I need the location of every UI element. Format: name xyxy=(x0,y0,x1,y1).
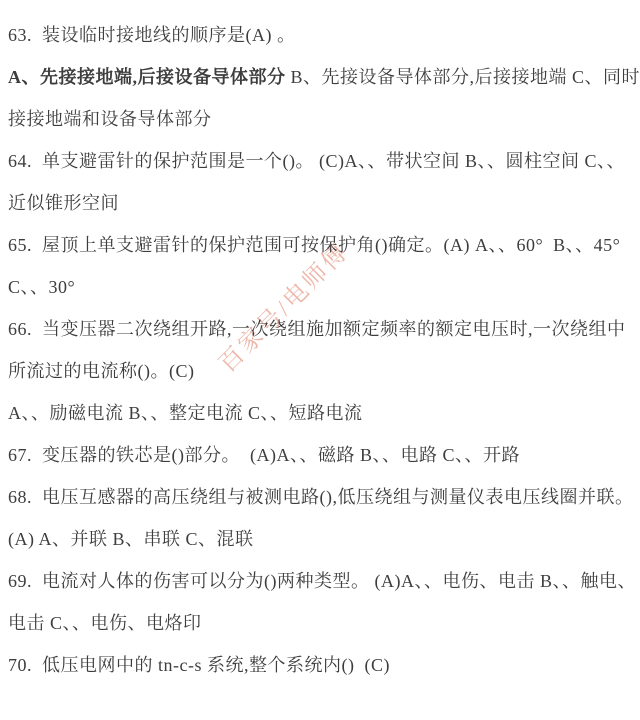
question-text: 67. 变压器的铁芯是()部分。 (A)A、、磁路 B、、电路 C、、开路 xyxy=(8,445,520,465)
question-69-line: 69. 电流对人体的伤害可以分为()两种类型。 (A)A、、电伤、电击 B、、触… xyxy=(8,560,636,602)
question-text: 65. 屋顶上单支避雷针的保护范围可按保护角()确定。(A) A、、60° B、… xyxy=(8,235,620,255)
question-70-line: 70. 低压电网中的 tn-c-s 系统,整个系统内() (C) xyxy=(8,644,636,686)
answer-options: (A) A、并联 B、串联 C、混联 xyxy=(8,529,254,549)
answer-options: B、先接设备导体部分,后接接地端 C、同时 xyxy=(286,67,640,87)
question-list: 63. 装设临时接地线的顺序是(A) 。 A、先接接地端,后接设备导体部分 B、… xyxy=(8,14,636,686)
question-text: 所流过的电流称()。(C) xyxy=(8,361,194,381)
answer-options: 电击 C、、电伤、电烙印 xyxy=(8,613,202,633)
question-66-wrap-line: 所流过的电流称()。(C) xyxy=(8,350,636,392)
answer-options: C、、30° xyxy=(8,277,75,297)
question-text: 70. 低压电网中的 tn-c-s 系统,整个系统内() (C) xyxy=(8,655,390,675)
question-65-options-wrap-line: C、、30° xyxy=(8,266,636,308)
question-66-line: 66. 当变压器二次绕组开路,一次绕组施加额定频率的额定电压时,一次绕组中 xyxy=(8,308,636,350)
question-67-line: 67. 变压器的铁芯是()部分。 (A)A、、磁路 B、、电路 C、、开路 xyxy=(8,434,636,476)
question-64-options-wrap-line: 近似锥形空间 xyxy=(8,182,636,224)
question-65-line: 65. 屋顶上单支避雷针的保护范围可按保护角()确定。(A) A、、60° B、… xyxy=(8,224,636,266)
quiz-document-page: 百家号/电师傅 63. 装设临时接地线的顺序是(A) 。 A、先接接地端,后接设… xyxy=(0,0,640,720)
answer-options: 近似锥形空间 xyxy=(8,193,119,213)
question-63-options-wrap-line: 接接地端和设备导体部分 xyxy=(8,98,636,140)
question-63-options-line: A、先接接地端,后接设备导体部分 B、先接设备导体部分,后接接地端 C、同时 xyxy=(8,56,636,98)
answer-option-bold: A、先接接地端,后接设备导体部分 xyxy=(8,67,286,87)
question-68-options-line: (A) A、并联 B、串联 C、混联 xyxy=(8,518,636,560)
question-64-line: 64. 单支避雷针的保护范围是一个()。 (C)A、、带状空间 B、、圆柱空间 … xyxy=(8,140,636,182)
question-68-line: 68. 电压互感器的高压绕组与被测电路(),低压绕组与测量仪表电压线圈并联。 xyxy=(8,476,636,518)
question-69-options-wrap-line: 电击 C、、电伤、电烙印 xyxy=(8,602,636,644)
question-66-options-line: A、、励磁电流 B、、整定电流 C、、短路电流 xyxy=(8,392,636,434)
answer-options: A、、励磁电流 B、、整定电流 C、、短路电流 xyxy=(8,403,363,423)
question-63-line: 63. 装设临时接地线的顺序是(A) 。 xyxy=(8,14,636,56)
answer-options: 接接地端和设备导体部分 xyxy=(8,109,212,129)
question-text: 68. 电压互感器的高压绕组与被测电路(),低压绕组与测量仪表电压线圈并联。 xyxy=(8,487,634,507)
question-text: 64. 单支避雷针的保护范围是一个()。 (C)A、、带状空间 B、、圆柱空间 … xyxy=(8,151,625,171)
question-text: 66. 当变压器二次绕组开路,一次绕组施加额定频率的额定电压时,一次绕组中 xyxy=(8,319,626,339)
question-text: 63. 装设临时接地线的顺序是(A) 。 xyxy=(8,25,296,45)
question-text: 69. 电流对人体的伤害可以分为()两种类型。 (A)A、、电伤、电击 B、、触… xyxy=(8,571,636,591)
